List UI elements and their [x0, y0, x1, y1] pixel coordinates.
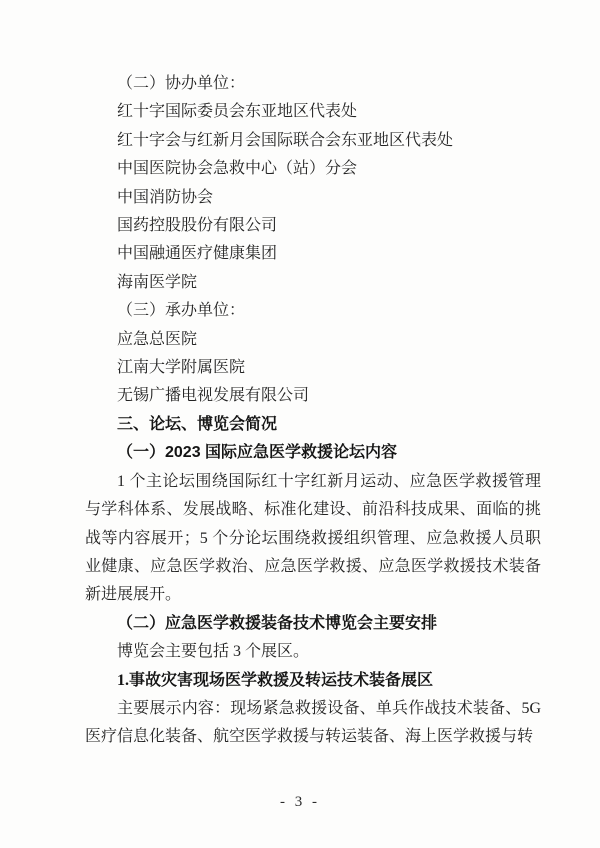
org-list-item: 无锡广播电视发展有限公司 — [85, 382, 541, 410]
org-list-item: 红十字会与红新月会国际联合会东亚地区代表处 — [85, 127, 541, 155]
org-list-item: 中国融通医疗健康集团 — [85, 240, 541, 268]
subsection-label-organizer: （三）承办单位： — [85, 297, 541, 325]
subsection-heading-forum-content: （一）2023 国际应急医学救援论坛内容 — [85, 439, 541, 467]
page-number: - 3 - — [0, 794, 600, 811]
org-list-item: 红十字国际委员会东亚地区代表处 — [85, 98, 541, 126]
paragraph-forum-description: 1 个主论坛围绕国际红十字红新月运动、应急医学救援管理与学科体系、发展战略、标准… — [85, 468, 541, 610]
document-page: （二）协办单位：红十字国际委员会东亚地区代表处红十字会与红新月会国际联合会东亚地… — [0, 0, 600, 848]
subheading-exhibit-zone-1: 1.事故灾害现场医学救援及转运技术装备展区 — [85, 667, 541, 695]
org-list-item: 中国消防协会 — [85, 184, 541, 212]
org-list-item: 海南医学院 — [85, 269, 541, 297]
org-list-item: 江南大学附属医院 — [85, 354, 541, 382]
paragraph-zone1-exhibits: 主要展示内容：现场紧急救援设备、单兵作战技术装备、5G 医疗信息化装备、航空医学… — [85, 695, 541, 752]
section-heading-overview: 三、论坛、博览会简况 — [85, 411, 541, 439]
document-body: （二）协办单位：红十字国际委员会东亚地区代表处红十字会与红新月会国际联合会东亚地… — [85, 70, 541, 752]
subsection-label-cohost: （二）协办单位： — [85, 70, 541, 98]
org-list-item: 国药控股股份有限公司 — [85, 212, 541, 240]
subsection-heading-expo-arrangement: （二）应急医学救援装备技术博览会主要安排 — [85, 610, 541, 638]
org-list-item: 中国医院协会急救中心（站）分会 — [85, 155, 541, 183]
org-list-item: 应急总医院 — [85, 326, 541, 354]
paragraph-expo-zones: 博览会主要包括 3 个展区。 — [85, 638, 541, 666]
